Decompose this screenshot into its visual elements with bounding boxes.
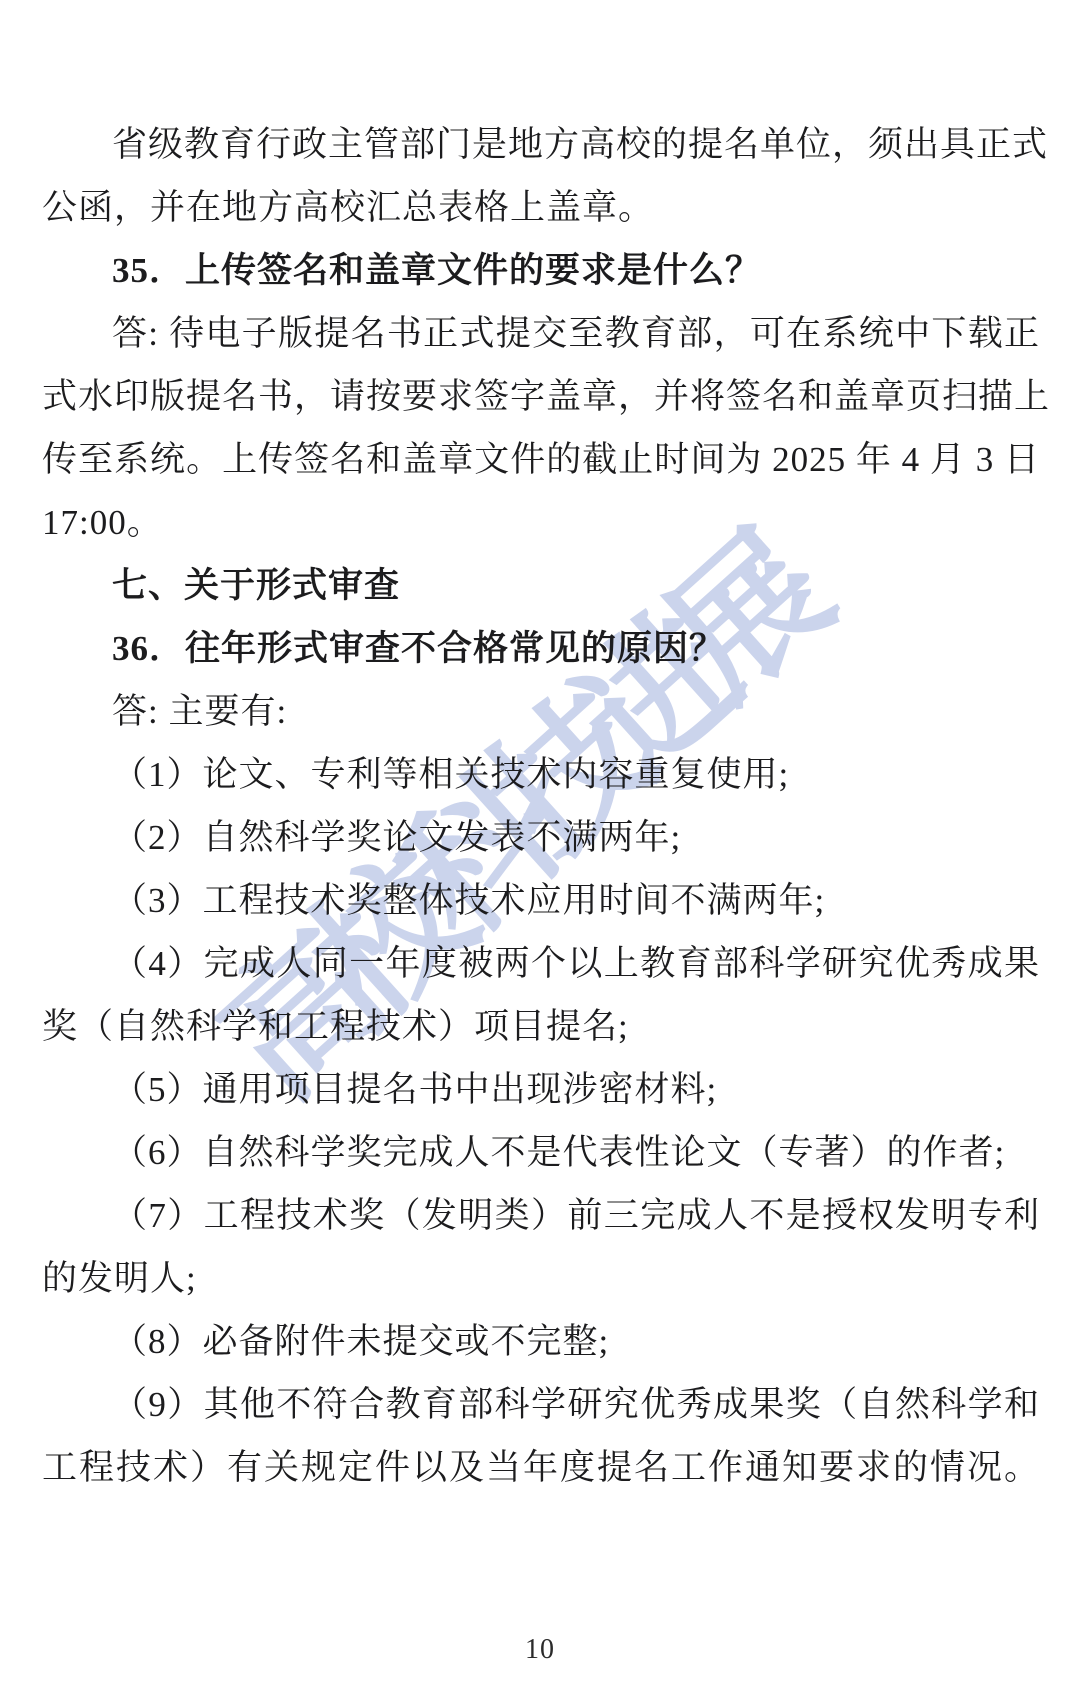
text-line: 省级教育行政主管部门是地方高校的提名单位，须出具正式: [42, 113, 1040, 176]
text-line: 的发明人;: [42, 1247, 1040, 1310]
text-line: （9）其他不符合教育部科学研究优秀成果奖（自然科学和: [42, 1373, 1040, 1436]
text-line: 七、关于形式审查: [42, 554, 1040, 617]
document-body: 省级教育行政主管部门是地方高校的提名单位，须出具正式公函，并在地方高校汇总表格上…: [42, 113, 1040, 1499]
text-line: 公函，并在地方高校汇总表格上盖章。: [42, 176, 1040, 239]
text-line: （1）论文、专利等相关技术内容重复使用;: [42, 743, 1040, 806]
text-line: 答: 主要有:: [42, 680, 1040, 743]
text-line: （6）自然科学奖完成人不是代表性论文（专著）的作者;: [42, 1121, 1040, 1184]
text-line: 传至系统。上传签名和盖章文件的截止时间为 2025 年 4 月 3 日: [42, 428, 1040, 491]
text-line: 答: 待电子版提名书正式提交至教育部，可在系统中下载正: [42, 302, 1040, 365]
text-line: （2）自然科学奖论文发表不满两年;: [42, 806, 1040, 869]
text-line: 36．往年形式审查不合格常见的原因？: [42, 617, 1040, 680]
text-line: （7）工程技术奖（发明类）前三完成人不是授权发明专利: [42, 1184, 1040, 1247]
page-number: 10: [0, 1634, 1080, 1666]
text-line: （3）工程技术奖整体技术应用时间不满两年;: [42, 869, 1040, 932]
text-line: （4）完成人同一年度被两个以上教育部科学研究优秀成果: [42, 932, 1040, 995]
text-line: 35．上传签名和盖章文件的要求是什么？: [42, 239, 1040, 302]
text-line: （5）通用项目提名书中出现涉密材料;: [42, 1058, 1040, 1121]
text-line: （8）必备附件未提交或不完整;: [42, 1310, 1040, 1373]
text-line: 奖（自然科学和工程技术）项目提名;: [42, 995, 1040, 1058]
text-line: 17:00。: [42, 491, 1040, 554]
text-line: 工程技术）有关规定件以及当年度提名工作通知要求的情况。: [42, 1436, 1040, 1499]
document-page: 高校科技进展 省级教育行政主管部门是地方高校的提名单位，须出具正式公函，并在地方…: [0, 0, 1080, 1706]
text-line: 式水印版提名书，请按要求签字盖章，并将签名和盖章页扫描上: [42, 365, 1040, 428]
